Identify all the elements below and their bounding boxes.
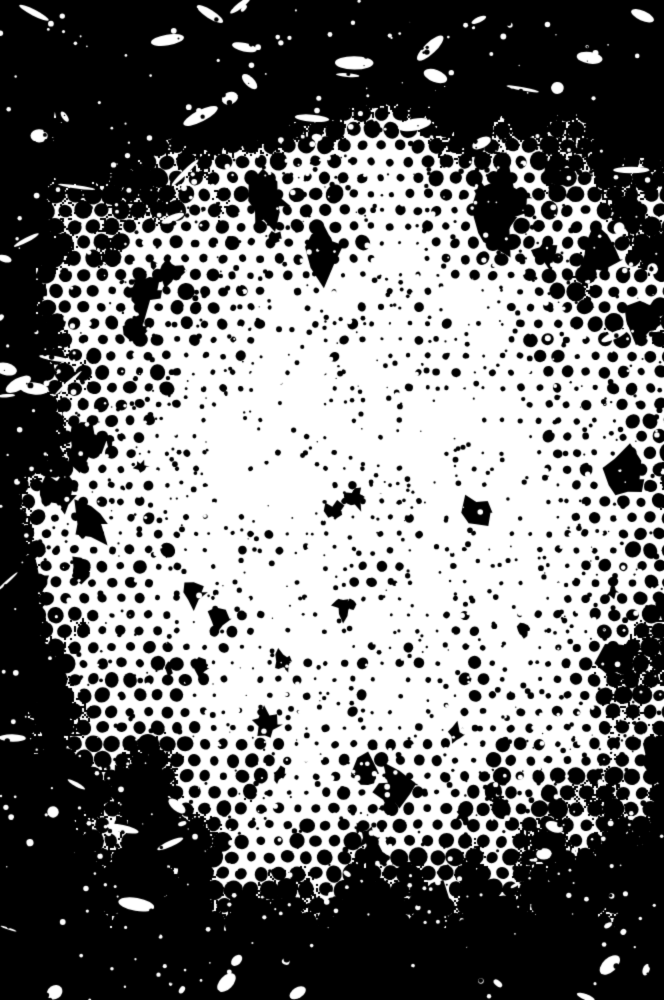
halftone-grunge-canvas — [0, 0, 664, 1000]
grunge-texture-image — [0, 0, 664, 1000]
